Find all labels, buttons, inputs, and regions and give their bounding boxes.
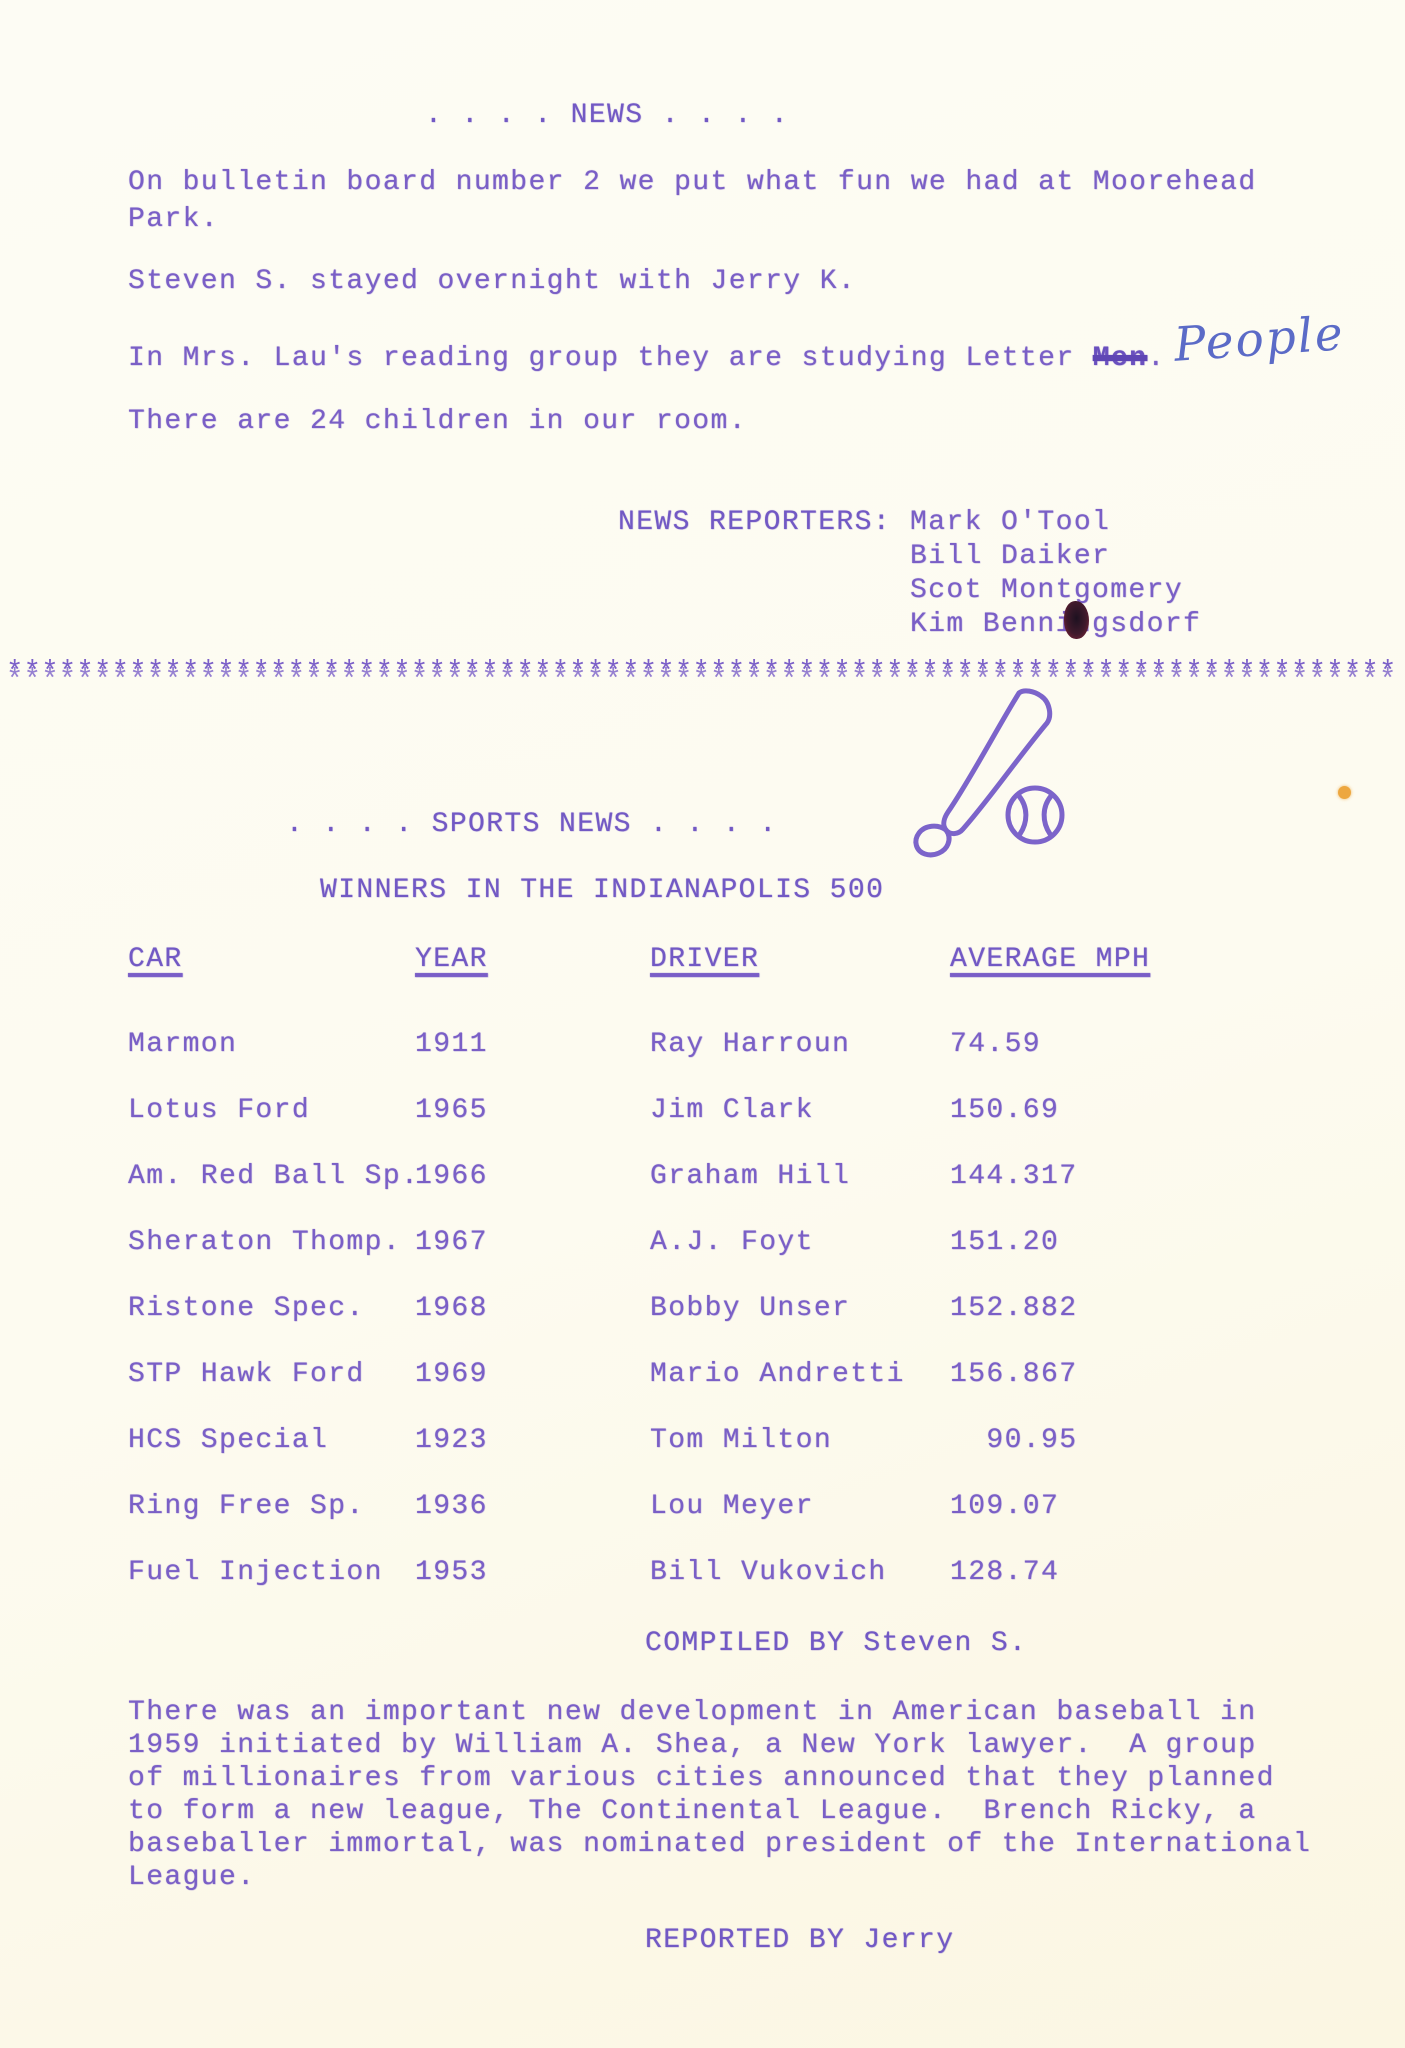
article-line: baseballer immortal, was nominated presi… — [128, 1826, 1311, 1863]
ink-blot — [1064, 601, 1089, 639]
cell-driver: Graham Hill — [650, 1158, 850, 1195]
news-paragraph-3: In Mrs. Lau's reading group they are stu… — [128, 340, 1166, 377]
baseball-bat-and-ball-drawing — [878, 683, 1090, 895]
cell-year: 1968 — [415, 1290, 488, 1327]
news-reporters-label: NEWS REPORTERS: — [618, 504, 891, 541]
cell-year: 1967 — [415, 1224, 488, 1261]
baseball-seam-left — [1019, 796, 1026, 834]
cell-mph: 156.867 — [950, 1356, 1077, 1393]
cell-driver: Ray Harroun — [650, 1026, 850, 1063]
cell-driver: Lou Meyer — [650, 1488, 814, 1525]
cell-car: Am. Red Ball Sp. — [128, 1158, 419, 1195]
cell-year: 1911 — [415, 1026, 488, 1063]
cell-year: 1966 — [415, 1158, 488, 1195]
cell-car: Fuel Injection — [128, 1554, 383, 1591]
article-line: 1959 initiated by William A. Shea, a New… — [128, 1727, 1257, 1764]
cell-mph: 152.882 — [950, 1290, 1077, 1327]
cell-year: 1969 — [415, 1356, 488, 1393]
paper-speck — [1338, 786, 1351, 799]
cell-driver: Tom Milton — [650, 1422, 832, 1459]
baseball-bat-icon — [944, 691, 1050, 834]
cell-mph: 109.07 — [950, 1488, 1059, 1525]
paragraph-3-text: In Mrs. Lau's reading group they are stu… — [128, 343, 1093, 374]
cell-mph: 74.59 — [950, 1026, 1041, 1063]
article-line: There was an important new development i… — [128, 1694, 1257, 1731]
cell-mph: 128.74 — [950, 1554, 1059, 1591]
cell-year: 1965 — [415, 1092, 488, 1129]
news-paragraph-1-line-1: On bulletin board number 2 we put what f… — [128, 164, 1257, 201]
article-line: League. — [128, 1859, 255, 1896]
reporter-name: Mark O'Tool — [910, 504, 1110, 541]
column-header-average-mph: AVERAGE MPH — [950, 941, 1150, 978]
cell-mph: 151.20 — [950, 1224, 1059, 1261]
cell-mph: 144.317 — [950, 1158, 1077, 1195]
news-section-title: . . . . NEWS . . . . — [425, 97, 789, 134]
article-line: of millionaires from various cities anno… — [128, 1760, 1275, 1797]
cell-car: Ring Free Sp. — [128, 1488, 365, 1525]
column-header-car: CAR — [128, 941, 183, 978]
cell-driver: Mario Andretti — [650, 1356, 905, 1393]
reporter-name: Bill Daiker — [910, 538, 1110, 575]
cell-year: 1953 — [415, 1554, 488, 1591]
cell-driver: Bill Vukovich — [650, 1554, 887, 1591]
cell-year: 1936 — [415, 1488, 488, 1525]
paragraph-3-period: . — [1147, 343, 1165, 374]
sports-section-title: . . . . SPORTS NEWS . . . . — [286, 806, 777, 843]
compiled-by-credit: COMPILED BY Steven S. — [645, 1625, 1027, 1662]
reported-by-credit: REPORTED BY Jerry — [645, 1922, 954, 1959]
reporter-name: Kim Benningsdorf — [910, 606, 1201, 643]
cell-car: HCS Special — [128, 1422, 328, 1459]
cell-mph: 150.69 — [950, 1092, 1059, 1129]
section-divider: ****************************************… — [6, 656, 1402, 698]
article-line: to form a new league, The Continental Le… — [128, 1793, 1257, 1830]
cell-car: Ristone Spec. — [128, 1290, 365, 1327]
column-header-year: YEAR — [415, 941, 488, 978]
news-paragraph-4: There are 24 children in our room. — [128, 403, 747, 440]
cell-year: 1923 — [415, 1422, 488, 1459]
winners-title: WINNERS IN THE INDIANAPOLIS 500 — [320, 872, 884, 909]
cell-car: Marmon — [128, 1026, 237, 1063]
bat-knob-icon — [916, 826, 949, 855]
handwritten-correction: People — [1172, 306, 1346, 373]
cell-car: Sheraton Thomp. — [128, 1224, 401, 1261]
cell-driver: Bobby Unser — [650, 1290, 850, 1327]
cell-mph: 90.95 — [950, 1422, 1077, 1459]
news-paragraph-1-line-2: Park. — [128, 201, 219, 238]
cell-driver: A.J. Foyt — [650, 1224, 814, 1261]
reporter-name: Scot Montgomery — [910, 572, 1183, 609]
cell-car: STP Hawk Ford — [128, 1356, 365, 1393]
cell-car: Lotus Ford — [128, 1092, 310, 1129]
newsletter-page: . . . . NEWS . . . . On bulletin board n… — [0, 0, 1405, 2048]
baseball-icon — [1008, 788, 1062, 842]
column-header-driver: DRIVER — [650, 941, 759, 978]
strikethrough-word: Men — [1093, 343, 1148, 374]
baseball-seam-right — [1044, 796, 1051, 834]
news-paragraph-2: Steven S. stayed overnight with Jerry K. — [128, 263, 856, 300]
cell-driver: Jim Clark — [650, 1092, 814, 1129]
